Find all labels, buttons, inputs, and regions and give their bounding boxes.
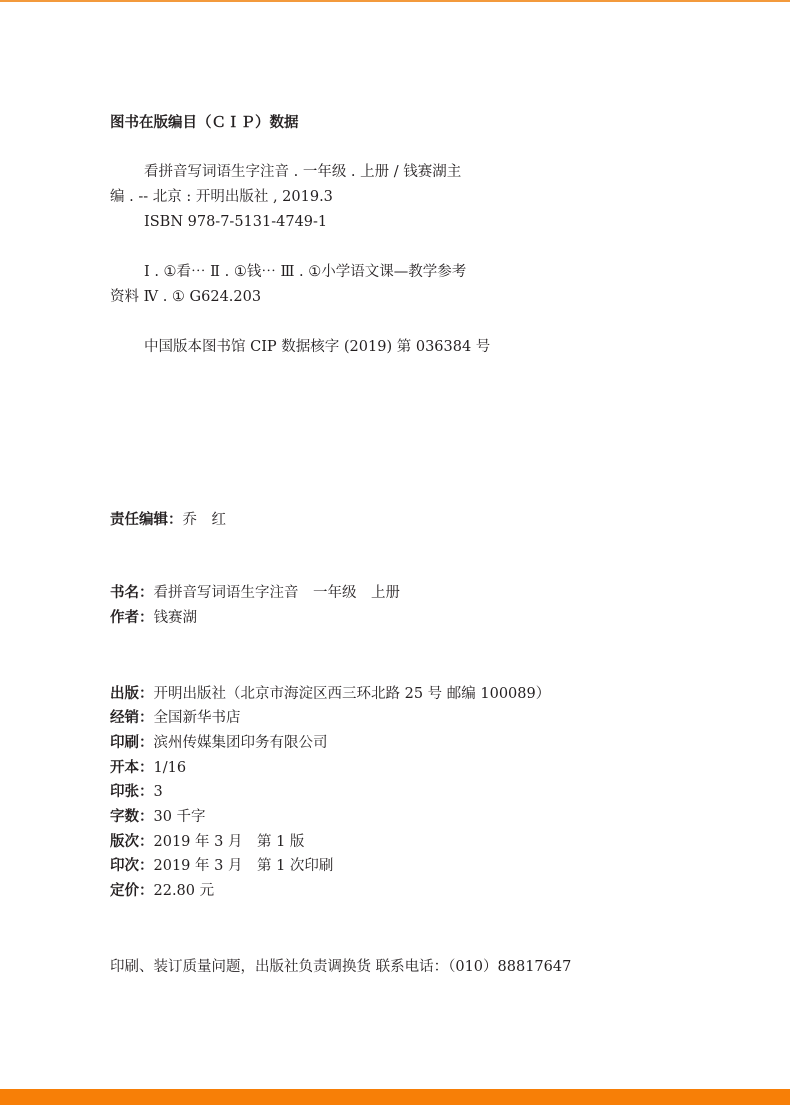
top-accent-rule xyxy=(0,0,790,2)
printer-label: 印刷： xyxy=(110,735,154,751)
cip-record-number: 中国版本图书馆 CIP 数据核字 (2019) 第 036384 号 xyxy=(144,338,490,356)
pub-row-printer: 印刷：滨州传媒集团印务有限公司 xyxy=(110,734,328,752)
cip-subject-line-2: 资料 Ⅳ . ① G624.203 xyxy=(110,288,261,306)
pub-row-word-count: 字数：30 千字 xyxy=(110,808,206,826)
author-label: 作者： xyxy=(110,610,154,626)
price-value: 22.80 元 xyxy=(154,883,215,899)
book-title-row: 书名：看拼音写词语生字注音 一年级 上册 xyxy=(110,584,400,602)
cip-subject-line-1: Ⅰ . ①看⋯ Ⅱ . ①钱⋯ Ⅲ . ①小学语文课—教学参考 xyxy=(144,263,466,281)
printing-value: 2019 年 3 月 第 1 次印刷 xyxy=(154,858,334,874)
pub-row-printing: 印次：2019 年 3 月 第 1 次印刷 xyxy=(110,857,333,875)
cip-title-line-2: 编 . -- 北京 : 开明出版社 , 2019.3 xyxy=(110,188,333,206)
sheets-value: 3 xyxy=(154,784,163,800)
distributor-label: 经销： xyxy=(110,710,154,726)
editor-label: 责任编辑： xyxy=(110,512,183,528)
publisher-value: 开明出版社（北京市海淀区西三环北路 25 号 邮编 100089） xyxy=(154,686,551,702)
price-label: 定价： xyxy=(110,883,154,899)
word-count-label: 字数： xyxy=(110,809,154,825)
pub-row-price: 定价：22.80 元 xyxy=(110,882,214,900)
quality-notice: 印刷、装订质量问题，出版社负责调换货 联系电话：（010）88817647 xyxy=(110,958,571,976)
pub-row-publisher: 出版：开明出版社（北京市海淀区西三环北路 25 号 邮编 100089） xyxy=(110,685,550,703)
printing-label: 印次： xyxy=(110,858,154,874)
author-row: 作者：钱赛湖 xyxy=(110,609,197,627)
pub-row-edition: 版次：2019 年 3 月 第 1 版 xyxy=(110,833,304,851)
book-title-label: 书名： xyxy=(110,585,154,601)
publisher-label: 出版： xyxy=(110,686,154,702)
pub-row-sheets: 印张：3 xyxy=(110,783,163,801)
responsible-editor: 责任编辑：乔 红 xyxy=(110,511,226,529)
sheets-label: 印张： xyxy=(110,784,154,800)
pub-row-format: 开本：1/16 xyxy=(110,759,186,777)
bottom-accent-bar xyxy=(0,1089,790,1105)
format-label: 开本： xyxy=(110,760,154,776)
printer-value: 滨州传媒集团印务有限公司 xyxy=(154,735,328,751)
word-count-value: 30 千字 xyxy=(154,809,206,825)
format-value: 1/16 xyxy=(154,760,187,776)
edition-value: 2019 年 3 月 第 1 版 xyxy=(154,834,305,850)
book-title-value: 看拼音写词语生字注音 一年级 上册 xyxy=(154,585,401,601)
cip-isbn: ISBN 978-7-5131-4749-1 xyxy=(144,213,327,231)
cip-heading: 图书在版编目（ＣＩＰ）数据 xyxy=(110,114,299,132)
distributor-value: 全国新华书店 xyxy=(154,710,241,726)
edition-label: 版次： xyxy=(110,834,154,850)
cip-title-line-1: 看拼音写词语生字注音 . 一年级 . 上册 / 钱赛湖主 xyxy=(144,163,461,181)
pub-row-distributor: 经销：全国新华书店 xyxy=(110,709,241,727)
author-value: 钱赛湖 xyxy=(154,610,198,626)
editor-value: 乔 红 xyxy=(183,512,227,528)
